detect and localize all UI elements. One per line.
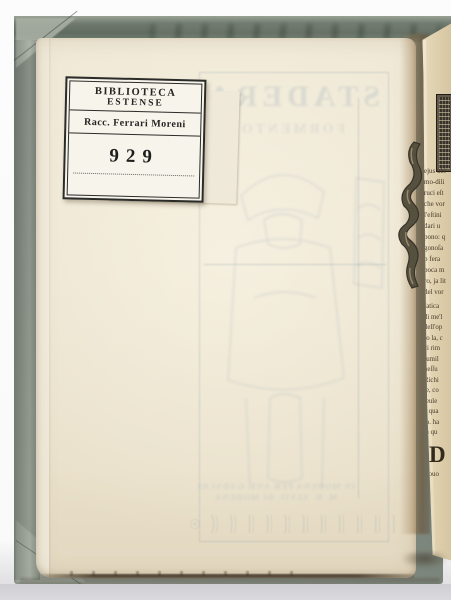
photo-of-book: STADERA FORMENTO IN MODENA PER ANT. GADA… — [0, 0, 451, 600]
showthrough-imprint-text: IN MODENA PER ANT. GADALDI M. D. XLVII. … — [156, 481, 396, 503]
vellum-tie — [392, 140, 434, 292]
showthrough-ornament-band — [186, 515, 396, 533]
label-collection-name: Racc. Ferrari Moreni — [69, 110, 201, 136]
label-blank-row — [68, 173, 199, 197]
printed-text-column-lower: fatica di me'l dell'op ro la, c ci rim r… — [424, 302, 451, 442]
backdrop-floor — [0, 584, 451, 600]
woodcut-texture — [439, 97, 450, 169]
woodcut-ornament-block — [436, 94, 451, 172]
library-label: BIBLIOTECA ESTENSE Racc. Ferrari Moreni … — [63, 76, 207, 202]
library-label-inner-border: BIBLIOTECA ESTENSE Racc. Ferrari Moreni … — [67, 80, 203, 198]
flyleaf-page: STADERA FORMENTO IN MODENA PER ANT. GADA… — [36, 38, 416, 578]
drop-cap-initial: D — [429, 443, 446, 466]
label-shelf-number: 929 — [68, 133, 200, 175]
page-bottom-corner-shadow — [398, 552, 451, 574]
